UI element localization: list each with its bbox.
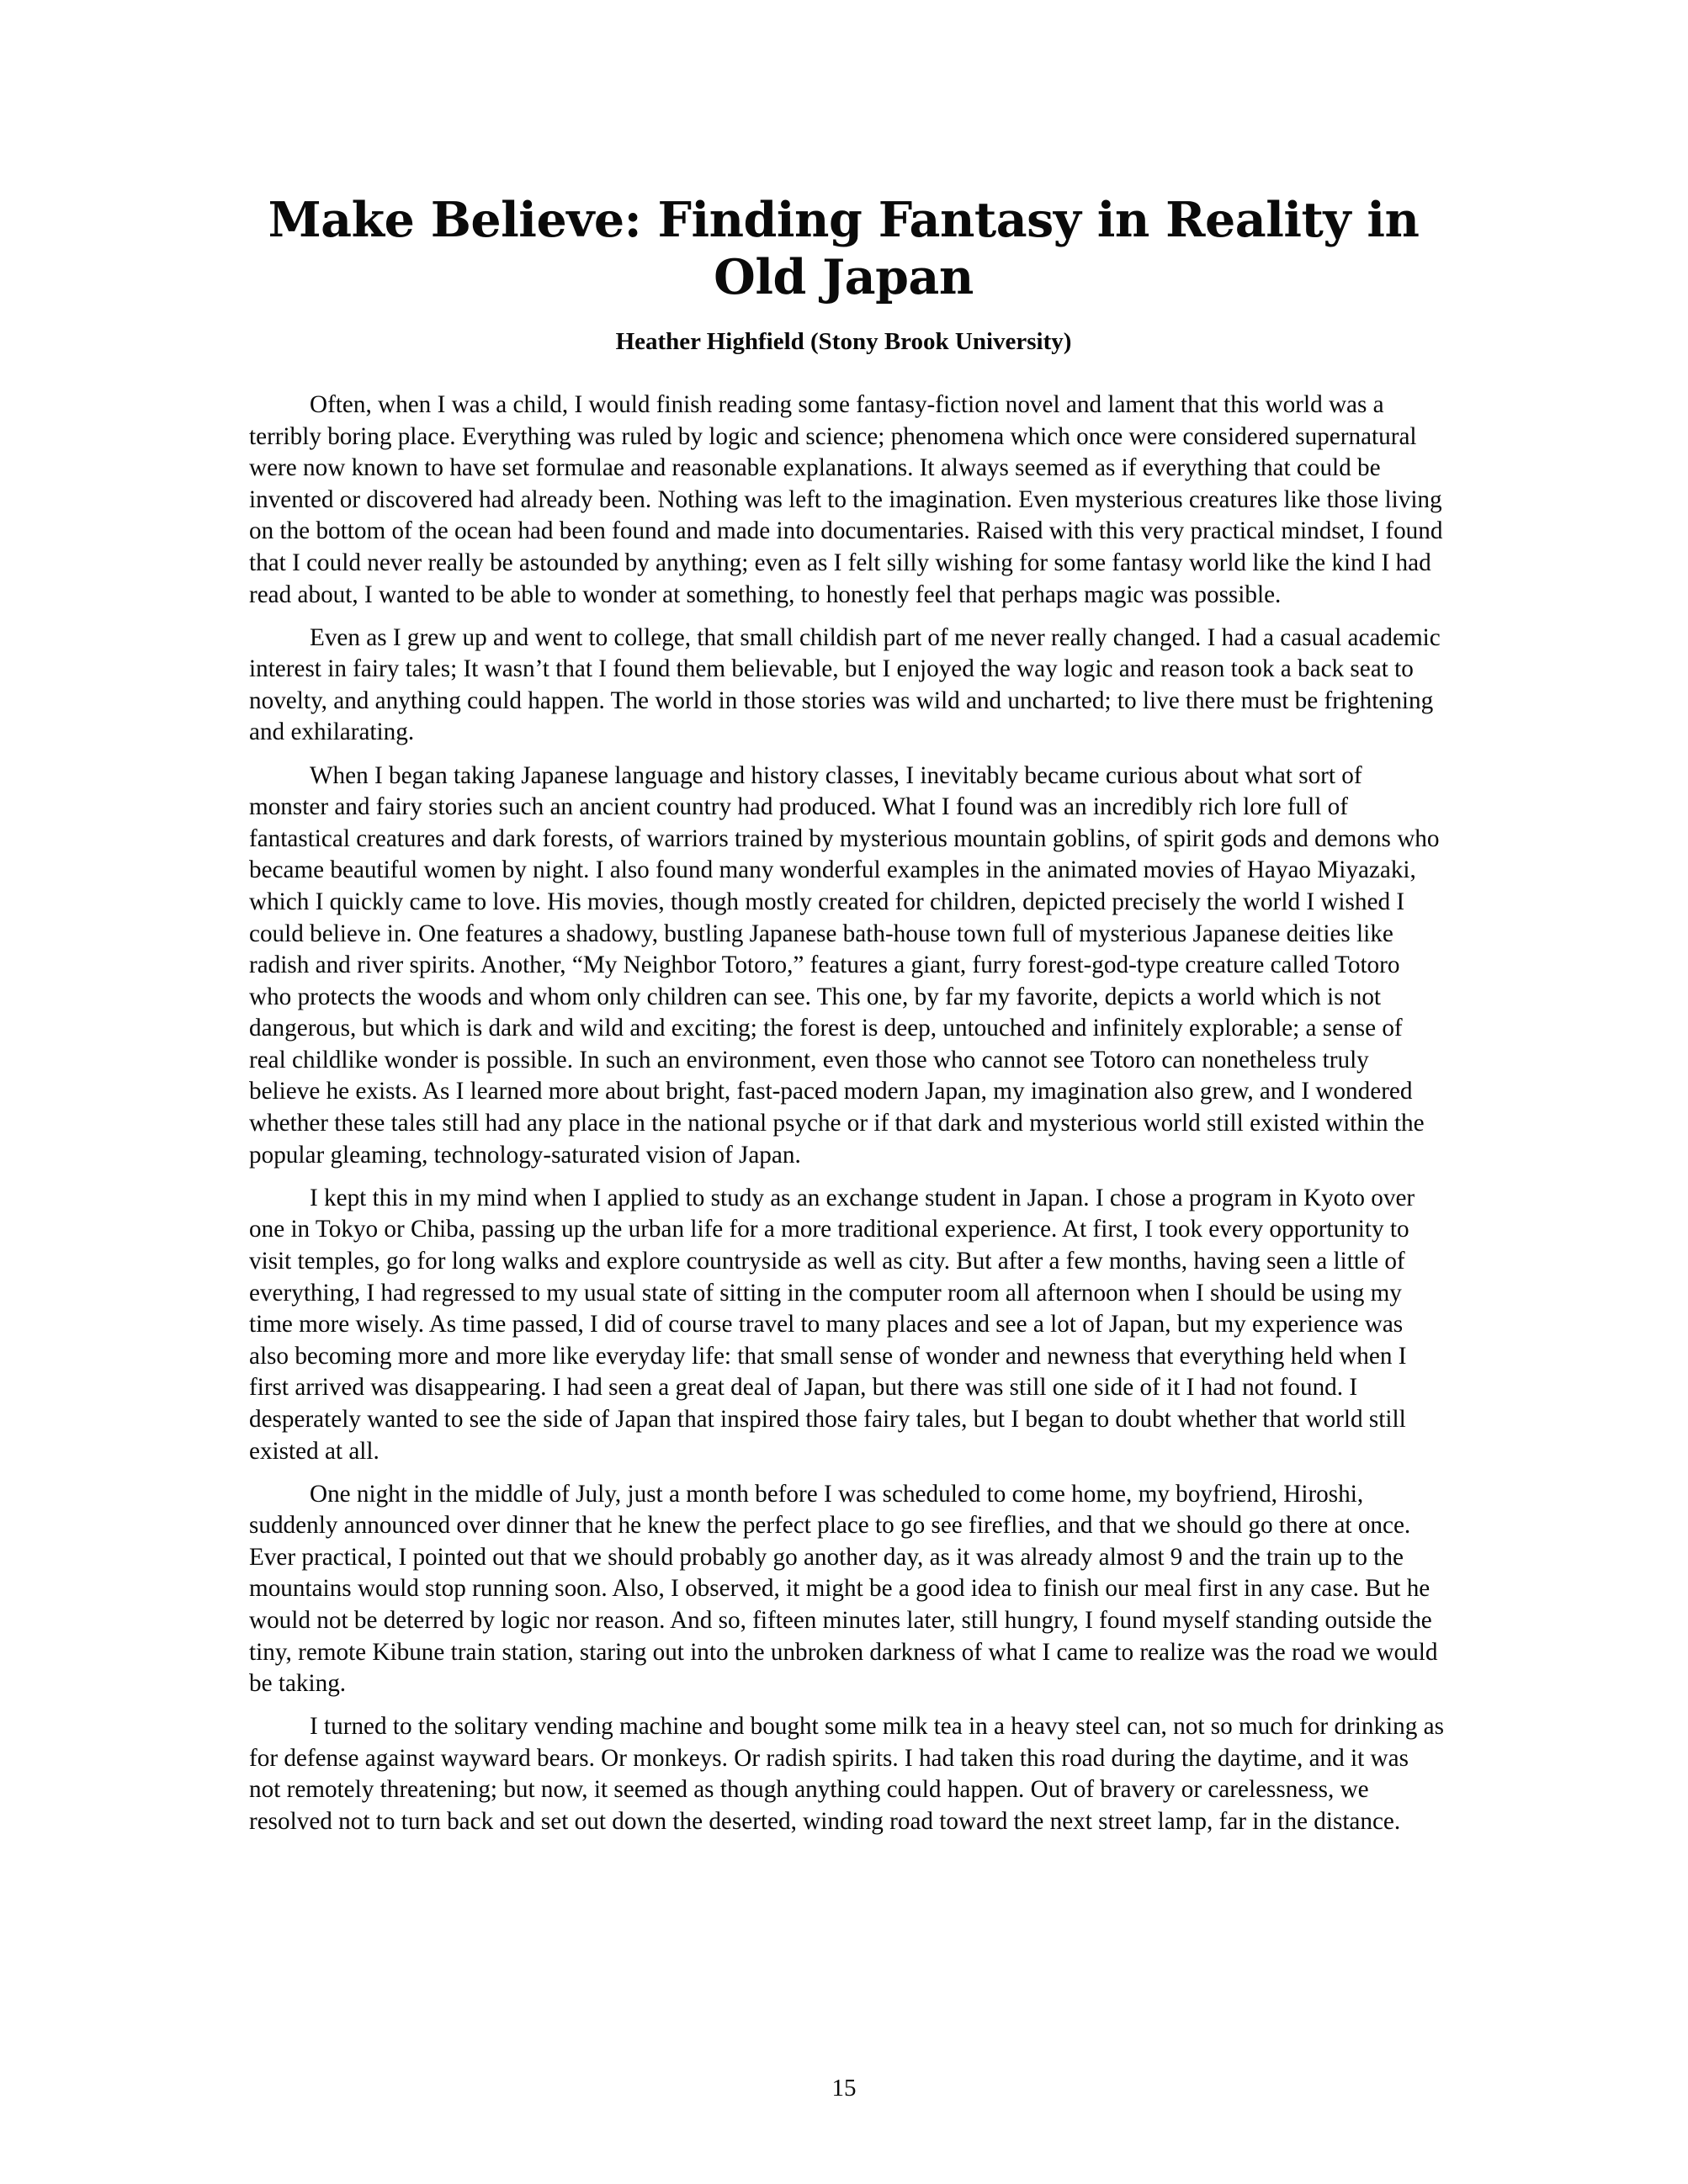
article-title-line-2: Old Japan bbox=[714, 249, 974, 305]
article-title-line-1: Make Believe: Finding Fantasy in Reality… bbox=[268, 192, 1420, 248]
article-body: Often, when I was a child, I would finis… bbox=[249, 390, 1444, 1849]
article-title: Make Believe: Finding Fantasy in Reality… bbox=[248, 192, 1439, 306]
paragraph-2: Even as I grew up and went to college, t… bbox=[249, 623, 1444, 749]
paragraph-3: When I began taking Japanese language an… bbox=[249, 761, 1444, 1172]
author-byline: Heather Highfield (Stony Brook Universit… bbox=[248, 326, 1439, 357]
paragraph-4: I kept this in my mind when I applied to… bbox=[249, 1183, 1444, 1467]
paragraph-5: One night in the middle of July, just a … bbox=[249, 1479, 1444, 1700]
page-number: 15 bbox=[0, 2073, 1688, 2103]
paragraph-1: Often, when I was a child, I would finis… bbox=[249, 390, 1444, 611]
document-page: Make Believe: Finding Fantasy in Reality… bbox=[0, 0, 1688, 2184]
paragraph-6: I turned to the solitary vending machine… bbox=[249, 1711, 1444, 1837]
